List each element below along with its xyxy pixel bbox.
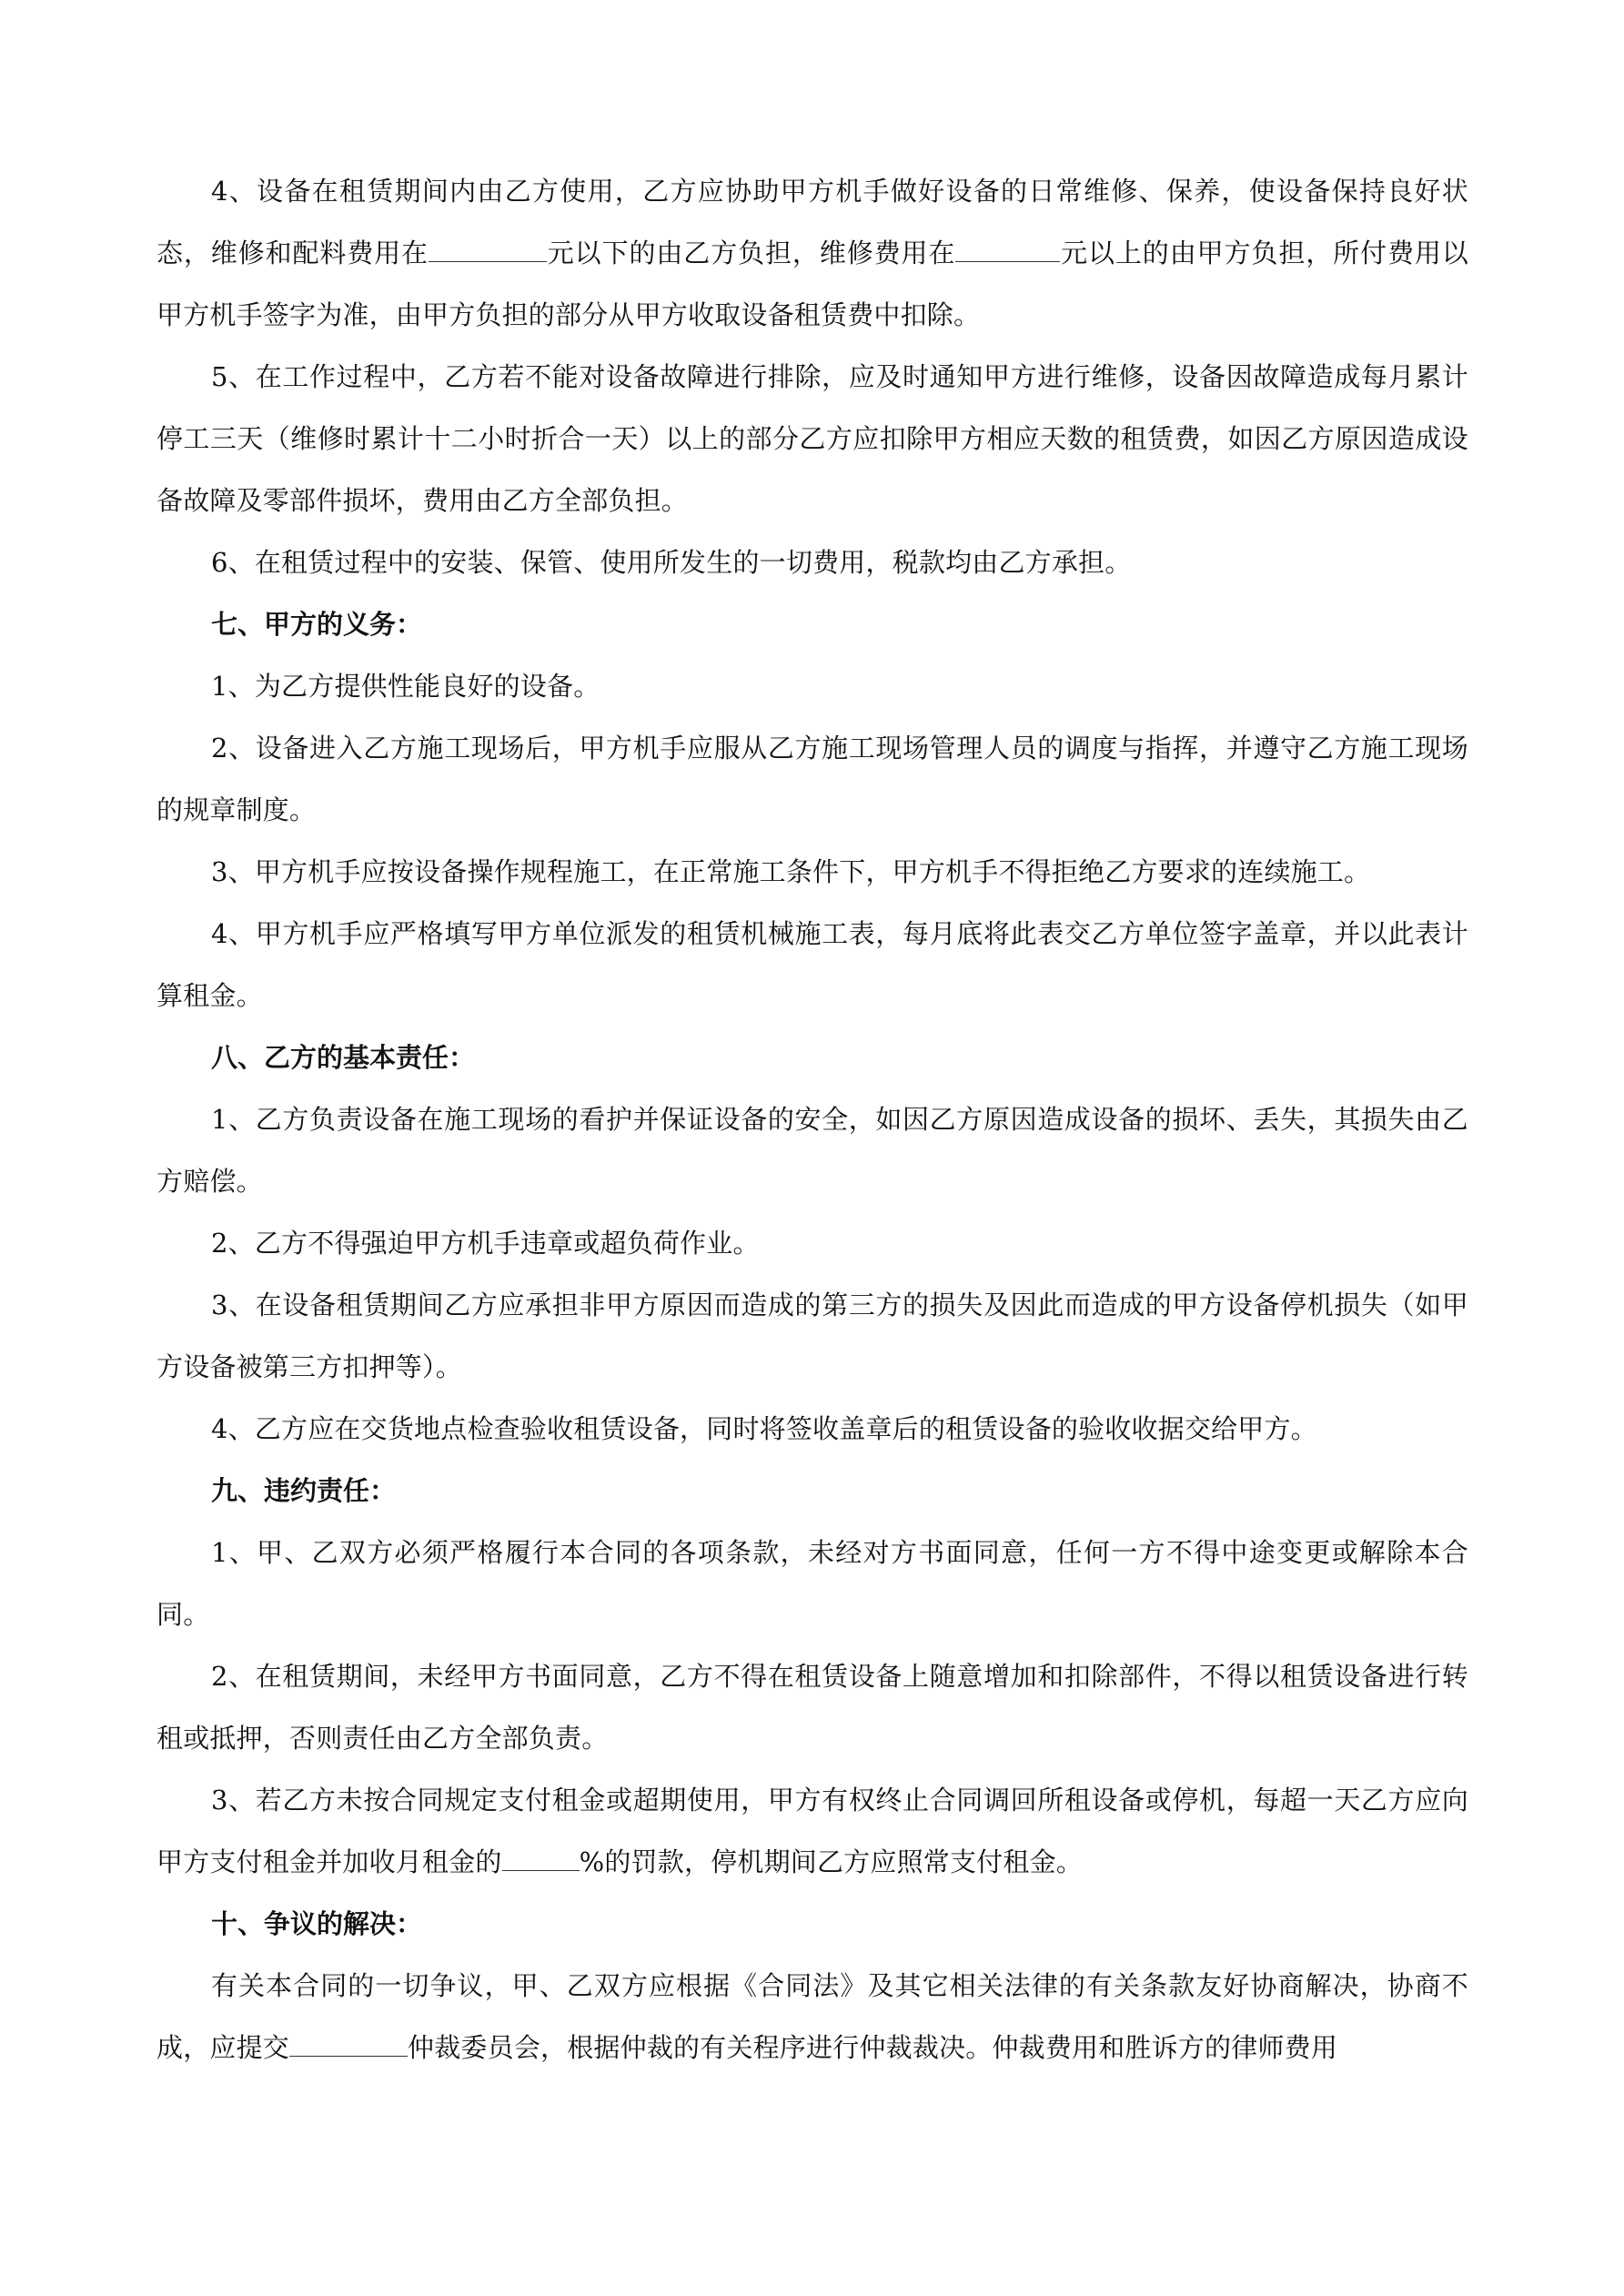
clause-text: 仲裁委员会，根据仲裁的有关程序进行仲裁裁决。仲裁费用和胜诉方的律师费用 xyxy=(408,2032,1337,2063)
section-heading-seven: 七、甲方的义务： xyxy=(156,593,1468,655)
clause-8-3: 3、在设备租赁期间乙方应承担非甲方原因而造成的第三方的损失及因此而造成的甲方设备… xyxy=(156,1274,1468,1398)
clause-6-6: 6、在租赁过程中的安装、保管、使用所发生的一切费用，税款均由乙方承担。 xyxy=(156,531,1468,593)
clause-7-4: 4、甲方机手应严格填写甲方单位派发的租赁机械施工表，每月底将此表交乙方单位签字盖… xyxy=(156,903,1468,1027)
section-heading-eight: 八、乙方的基本责任： xyxy=(156,1027,1468,1088)
clause-6-4: 4、设备在租赁期间内由乙方使用，乙方应协助甲方机手做好设备的日常维修、保养，使设… xyxy=(156,160,1468,346)
blank-penalty-percent[interactable] xyxy=(502,1848,580,1871)
contract-page: 4、设备在租赁期间内由乙方使用，乙方应协助甲方机手做好设备的日常维修、保养，使设… xyxy=(156,160,1468,2079)
clause-8-2: 2、乙方不得强迫甲方机手违章或超负荷作业。 xyxy=(156,1212,1468,1274)
clause-10-1: 有关本合同的一切争议，甲、乙双方应根据《合同法》及其它相关法律的有关条款友好协商… xyxy=(156,1955,1468,2079)
clause-text: %的罚款，停机期间乙方应照常支付租金。 xyxy=(580,1846,1083,1877)
clause-9-1: 1、甲、乙双方必须严格履行本合同的各项条款，未经对方书面同意，任何一方不得中途变… xyxy=(156,1522,1468,1645)
clause-8-4: 4、乙方应在交货地点检查验收租赁设备，同时将签收盖章后的租赁设备的验收收据交给甲… xyxy=(156,1398,1468,1460)
clause-7-3: 3、甲方机手应按设备操作规程施工，在正常施工条件下，甲方机手不得拒绝乙方要求的连… xyxy=(156,841,1468,903)
clause-7-1: 1、为乙方提供性能良好的设备。 xyxy=(156,655,1468,717)
clause-8-1: 1、乙方负责设备在施工现场的看护并保证设备的安全，如因乙方原因造成设备的损坏、丢… xyxy=(156,1088,1468,1212)
clause-text: 元以下的由乙方负担，维修费用在 xyxy=(547,238,955,268)
clause-9-2: 2、在租赁期间，未经甲方书面同意，乙方不得在租赁设备上随意增加和扣除部件，不得以… xyxy=(156,1645,1468,1769)
blank-arbitration-committee[interactable] xyxy=(289,2034,408,2057)
section-heading-nine: 九、违约责任： xyxy=(156,1460,1468,1522)
clause-9-3: 3、若乙方未按合同规定支付租金或超期使用，甲方有权终止合同调回所租设备或停机，每… xyxy=(156,1769,1468,1893)
blank-repair-threshold-upper[interactable] xyxy=(955,239,1060,262)
clause-6-5: 5、在工作过程中，乙方若不能对设备故障进行排除，应及时通知甲方进行维修，设备因故… xyxy=(156,346,1468,531)
clause-7-2: 2、设备进入乙方施工现场后，甲方机手应服从乙方施工现场管理人员的调度与指挥，并遵… xyxy=(156,717,1468,841)
section-heading-ten: 十、争议的解决： xyxy=(156,1893,1468,1955)
blank-repair-threshold-lower[interactable] xyxy=(429,239,547,262)
